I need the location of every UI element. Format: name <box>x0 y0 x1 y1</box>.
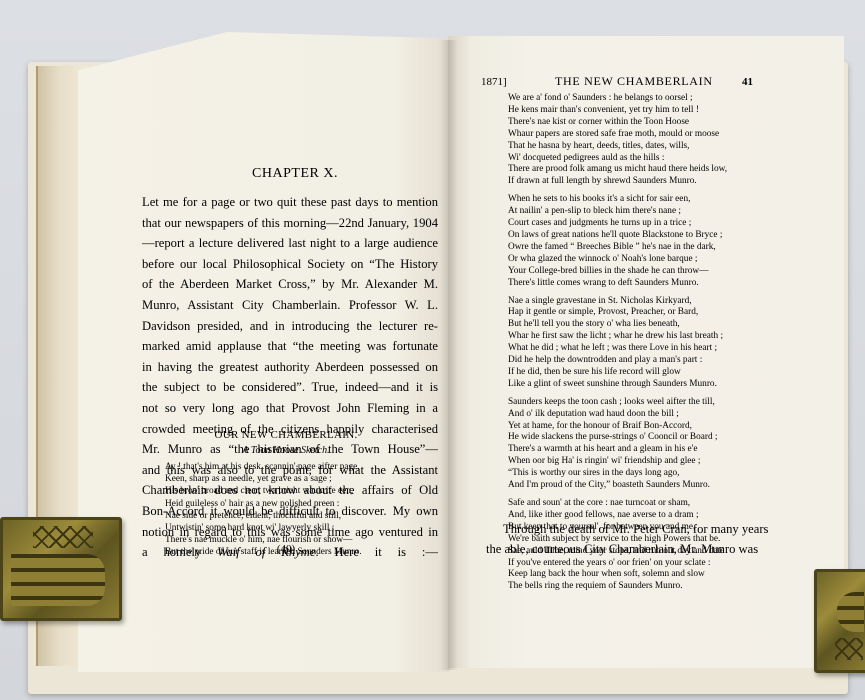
poem-line: But he'll tell you the story o' wha lies… <box>508 319 727 331</box>
prose-line: the able, courteous City Chamberlain, Mr… <box>486 539 762 559</box>
poem-line: Safe and soun' at the core : nae turncoa… <box>508 498 727 510</box>
stanza: Saunders keeps the toon cash ; looks wee… <box>508 397 727 492</box>
lattice-pattern-icon <box>835 638 863 660</box>
poem-line: There's little comes wrang to deft Saund… <box>508 278 727 290</box>
running-head-year: 1871] <box>481 76 507 88</box>
poem-title: OUR NEW CHAMBERLAIN. <box>150 429 422 441</box>
poem-line: When he sets to his books it's a sicht f… <box>508 194 727 206</box>
prose-line: of the Aberdeen Market Cross,” by Mr. Al… <box>142 274 438 295</box>
prose-line: the subject to be considered”. True, ind… <box>142 377 438 398</box>
poem-line: And I'm proud of the City,” boasteth Sau… <box>508 480 727 492</box>
poem-line: And o' ilk deputation wad haud doon the … <box>508 409 727 421</box>
poem-line: Owre the famed “ Breeches Bible ” he's n… <box>508 242 727 254</box>
stanza: When he sets to his books it's a sicht f… <box>508 194 727 289</box>
poem-line: Court cases and judgments he turns up in… <box>508 218 727 230</box>
poem-line: Nae side or pretence, eident, thochtful … <box>165 510 362 522</box>
poem-line: Did he help the downtrodden and play a m… <box>508 355 727 367</box>
stanza: Nae a single gravestane in St. Nicholas … <box>508 296 727 391</box>
prose-line: that our newspapers of this morning—22nd… <box>142 213 438 234</box>
stanza: We are a' fond o' Saunders : he belangs … <box>508 93 727 188</box>
poem-line: Whaur papers are stored safe frae moth, … <box>508 129 727 141</box>
prose-line: —report a lecture delivered last night t… <box>142 233 438 254</box>
prose-line: in having the greatest authority Aberdee… <box>142 357 438 378</box>
poem-line: Your College-bred billies in the shade h… <box>508 266 727 278</box>
prose-line: marked amid applause that “the meeting w… <box>142 336 438 357</box>
poem-line: Yet at hame, for the honour of Braif Bon… <box>508 421 727 433</box>
brass-hand-bookend-right <box>814 569 865 673</box>
poem-line: On laws of great nations he'll quote Bla… <box>508 230 727 242</box>
poem-line: Like a glint of sweet sunshine through S… <box>508 379 727 391</box>
prose-line: not so very long ago that Provost John F… <box>142 398 438 419</box>
poem-line: Heid guileless o' hair as a new polished… <box>165 498 362 510</box>
poem-line: Untwistin' some hard knot wi' lawyerly s… <box>165 522 362 534</box>
poem-line: Or wha glazed the winnock o' Noah's lone… <box>508 254 727 266</box>
poem-line: Saunders keeps the toon cash ; looks wee… <box>508 397 727 409</box>
poem-line: “This is worthy our sires in the days lo… <box>508 468 727 480</box>
poem-line: If he did, then be sure his life record … <box>508 367 727 379</box>
poem-line: The bells ring the requiem of Saunders M… <box>508 581 727 593</box>
prose-line: Davidson presided, and in introducing th… <box>142 316 438 337</box>
poem-line: Keep lang back the hour when soft, solem… <box>508 569 727 581</box>
poem-line: Wi' docqueted pedigrees auld as the hill… <box>508 153 727 165</box>
prose-line: before our local Philosophical Society o… <box>142 254 438 275</box>
poem-line: He wide slackens the purse-strings o' Co… <box>508 432 727 444</box>
hand-icon <box>11 554 105 606</box>
brass-hand-bookend-left <box>0 517 122 621</box>
poem-line: There's nae kist or corner within the To… <box>508 117 727 129</box>
poem-line: Keen, sharp as a needle, yet grave as a … <box>165 473 362 485</box>
right-prose: Through the death of Mr. Peter Cran, for… <box>486 519 762 559</box>
poem-line: We are a' fond o' Saunders : he belangs … <box>508 93 727 105</box>
poem-line: Whar he first saw the licht ; whar he dr… <box>508 331 727 343</box>
poem-line: Nae a single gravestane in St. Nicholas … <box>508 296 727 308</box>
poem-line: His broo' broad and clear, twa bricht wa… <box>165 485 362 497</box>
poem-line: Hap it gentle or simple, Provost, Preach… <box>508 307 727 319</box>
left-page-number: (40) <box>150 543 422 555</box>
prose-line: Let me for a page or two quit these past… <box>142 192 438 213</box>
poem-line: There's a warmth at his heart and a glea… <box>508 444 727 456</box>
hand-icon <box>837 592 864 632</box>
prose-line: Munro, Assistant City Chamberlain. Profe… <box>142 295 438 316</box>
poem-line: When oor big Ha' is ringin' wi' friendsh… <box>508 456 727 468</box>
chapter-heading: CHAPTER X. <box>150 166 440 182</box>
poem-line: There are prood folk amang us micht haud… <box>508 164 727 176</box>
poem-line: He kens mair than's convenient, yet try … <box>508 105 727 117</box>
poem-line: That he hasna by heart, deeds, titles, d… <box>508 141 727 153</box>
book-gutter <box>440 40 458 670</box>
right-page-number: 41 <box>742 76 753 88</box>
running-head-title: THE NEW CHAMBERLAIN <box>555 74 713 89</box>
poem-line: If you've entered the years o' oor frien… <box>508 558 727 570</box>
lattice-pattern-icon <box>33 526 93 548</box>
poem-line: At nailin' a pen-slip to bleck him there… <box>508 206 727 218</box>
prose-line: Through the death of Mr. Peter Cran, for… <box>486 519 762 539</box>
poem-subtitle: A Toon Hoose Sketch. <box>150 445 422 456</box>
poem-line: Ay ! that's him at his desk, scannin' pa… <box>165 461 362 473</box>
poem-line: What he did ; what he left ; was there L… <box>508 343 727 355</box>
poem-line: If drawn at full length by shrewd Saunde… <box>508 176 727 188</box>
